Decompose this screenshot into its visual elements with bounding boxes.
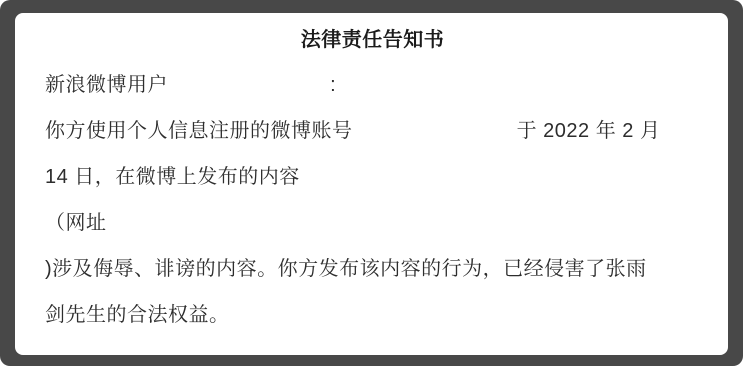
date-content-line: 14 日，在微博上发布的内容 <box>45 154 700 200</box>
document-content: 法律责任告知书 新浪微博用户 : 你方使用个人信息注册的微博账号 于 2022 … <box>15 13 728 338</box>
notice-document: 法律责任告知书 新浪微博用户 : 你方使用个人信息注册的微博账号 于 2022 … <box>15 13 728 355</box>
allegation-line: )涉及侮辱、诽谤的内容。你方发布该内容的行为，已经侵害了张雨 <box>45 246 700 292</box>
photo-frame: 法律责任告知书 新浪微博用户 : 你方使用个人信息注册的微博账号 于 2022 … <box>0 0 743 366</box>
account-line-suffix: 于 2022 年 2 月 <box>517 120 661 142</box>
recipient-line: 新浪微博用户 : <box>45 62 700 108</box>
recipient-colon: : <box>330 74 336 96</box>
document-title: 法律责任告知书 <box>45 18 700 62</box>
allegation-continuation-line: 剑先生的合法权益。 <box>45 292 700 338</box>
redacted-username-gap <box>174 90 324 91</box>
recipient-label: 新浪微博用户 <box>45 74 168 96</box>
account-line: 你方使用个人信息注册的微博账号 于 2022 年 2 月 <box>45 108 700 154</box>
redacted-account-gap <box>359 136 511 137</box>
account-line-prefix: 你方使用个人信息注册的微博账号 <box>45 120 353 142</box>
url-line: （网址 <box>45 200 700 246</box>
